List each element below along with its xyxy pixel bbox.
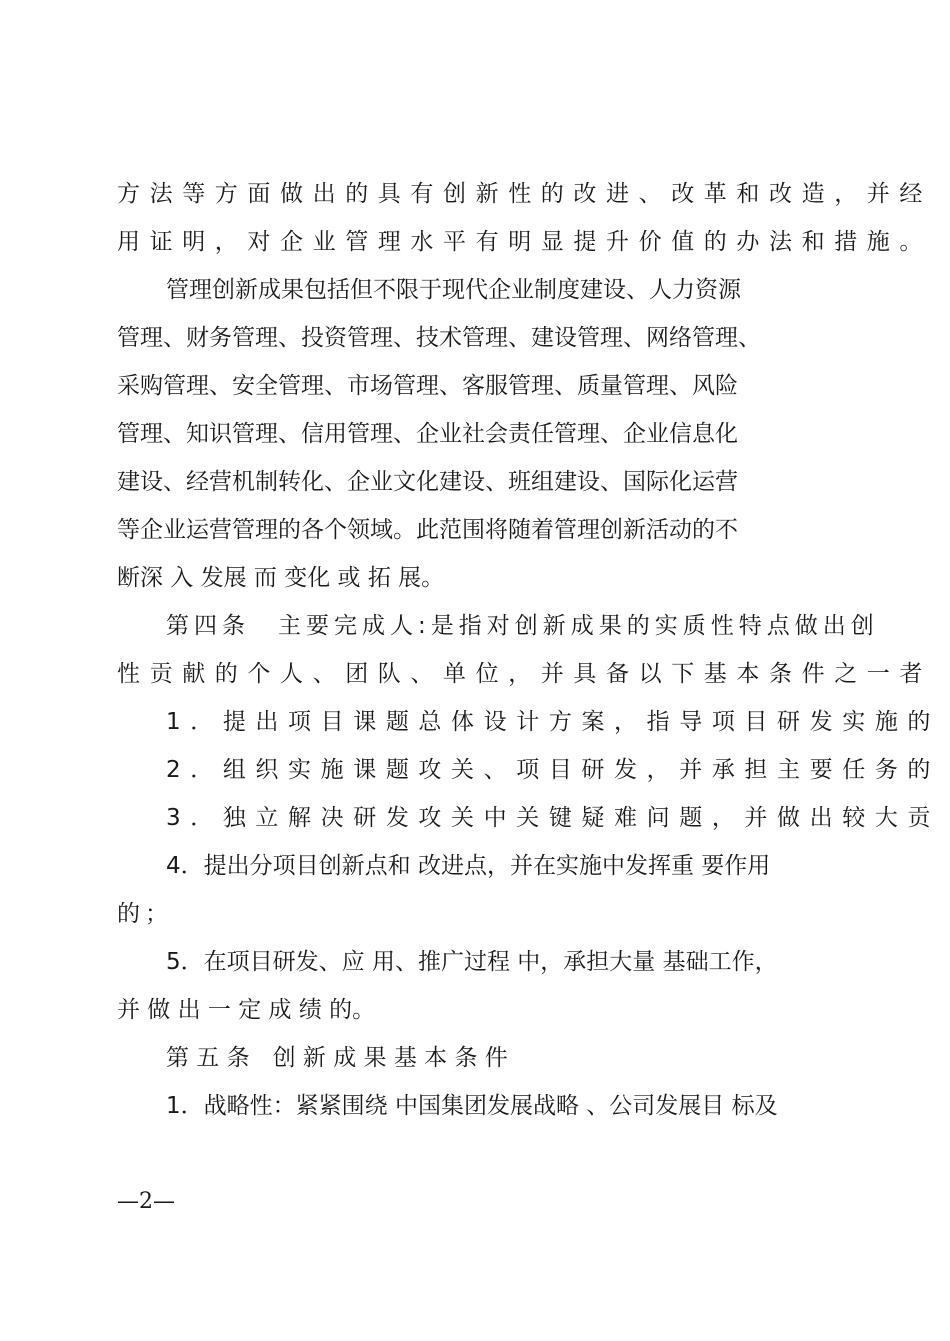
paragraph-line: 建设、经营机制转化、企业文化建设、班组建设、国际化运营: [117, 467, 738, 497]
paragraph-line: 等企业运营管理的各个领域。此范围将随着管理创新活动的不: [117, 515, 738, 545]
list-item: 3．独立解决研发攻关中关键疑难问题，并做出较大贡: [166, 803, 940, 833]
list-item: 5．在项目研发、应 用、推广过程 中，承担大量 基础工作，: [166, 947, 778, 977]
paragraph-line: 管理、财务管理、投资管理、技术管理、建设管理、网络管理、: [117, 323, 761, 353]
document-page: 方法等方面做出的具有创新性的改进、改革和改造，并经 用证明，对企业管理水平有明显…: [0, 0, 950, 1341]
paragraph-line: 管理创新成果包括但不限于现代企业制度建设、人力资源: [166, 275, 741, 305]
paragraph-line: 方法等方面做出的具有创新性的改进、改革和改造，并经: [117, 179, 932, 209]
list-item: 4．提出分项目创新点和 改进点，并在实施中发挥重 要作用: [166, 851, 770, 881]
list-item-continuation: 并 做 出 一 定 成 绩 的。: [117, 995, 375, 1025]
paragraph-line: 采购管理、安全管理、市场管理、客服管理、质量管理、风险: [117, 371, 738, 401]
list-item: 1．战略性：紧紧围绕 中国集团发展战略 、公司发展目 标及: [166, 1091, 778, 1121]
paragraph-line: 断深 入 发展 而 变化 或 拓 展。: [117, 563, 444, 593]
paragraph-line: 用证明，对企业管理水平有明显提升价值的办法和措施。: [117, 227, 932, 257]
paragraph-line: 性贡献的个人、团队、单位，并具备以下基本条件之一者: [117, 659, 932, 689]
list-item: 2．组织实施课题攻关、项目研发，并承担主要任务的: [166, 755, 940, 785]
list-item: 1．提出项目课题总体设计方案，指导项目研发实施的: [166, 707, 940, 737]
paragraph-line: 管理、知识管理、信用管理、企业社会责任管理、企业信息化: [117, 419, 738, 449]
page-number: —2—: [117, 1187, 175, 1217]
list-item-continuation: 的；: [117, 899, 173, 929]
article-heading-line: 第 五 条 创 新 成 果 基 本 条 件: [166, 1043, 508, 1073]
article-heading-line: 第四条 主要完成人:是指对创新成果的实质性特点做出创: [166, 611, 879, 641]
